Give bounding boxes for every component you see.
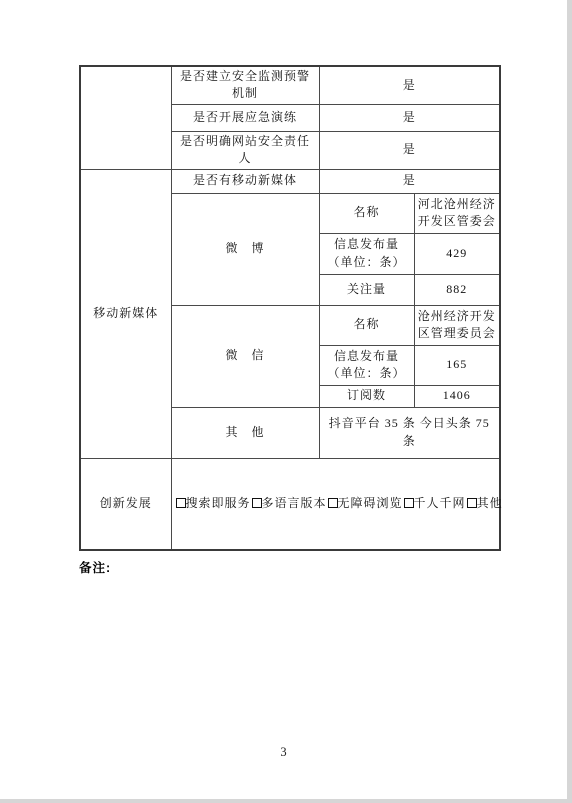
field-name-cell: 订阅数 [319, 385, 414, 407]
checkbox-option: 无障碍浏览 [327, 495, 403, 512]
field-name-line: 信息发布量 [323, 236, 411, 253]
question-line: 是否建立安全监测预警 [175, 68, 316, 85]
table-row: 是否建立安全监测预警 机制 是 [80, 66, 500, 104]
answer-cell: 是 [319, 131, 500, 169]
table-row: 移动新媒体 是否有移动新媒体 是 [80, 169, 500, 193]
checkbox-icon [467, 498, 477, 508]
other-label-cell: 其 他 [171, 407, 319, 458]
field-name-cell: 关注量 [319, 274, 414, 305]
field-value-cell: 1406 [414, 385, 500, 407]
checkbox-icon [404, 498, 414, 508]
field-name-cell: 名称 [319, 305, 414, 345]
value-line: 河北沧州经济 [418, 196, 497, 213]
page-edge-shadow-bottom [0, 799, 572, 803]
field-value-cell: 429 [414, 233, 500, 274]
checkbox-option: 搜索即服务 [175, 495, 251, 512]
question-cell: 是否明确网站安全责任人 [171, 131, 319, 169]
question-cell: 是否建立安全监测预警 机制 [171, 66, 319, 104]
field-name-cell: 信息发布量 （单位：条） [319, 345, 414, 385]
checkbox-option: 千人千网 [403, 495, 466, 512]
page-number: 3 [0, 745, 567, 760]
checkbox-icon [176, 498, 186, 508]
answer-cell: 是 [319, 169, 500, 193]
other-value-cell: 抖音平台 35 条 今日头条 75 条 [319, 407, 500, 458]
field-name-cell: 名称 [319, 193, 414, 233]
innovation-options-cell: 搜索即服务多语言版本无障碍浏览千人千网其他 [171, 458, 500, 550]
checkbox-option: 其他 [466, 495, 503, 512]
checkbox-label: 搜索即服务 [186, 496, 251, 510]
field-name-line: 信息发布量 [323, 348, 411, 365]
checkbox-option: 多语言版本 [251, 495, 327, 512]
checkbox-icon [252, 498, 262, 508]
value-line: 区管理委员会 [418, 325, 497, 342]
checkbox-label: 多语言版本 [262, 496, 327, 510]
checkbox-icon [328, 498, 338, 508]
annual-report-form-table: 是否建立安全监测预警 机制 是 是否开展应急演练 是 是否明确网站安全责任人 是… [79, 65, 501, 551]
field-name-cell: 信息发布量 （单位：条） [319, 233, 414, 274]
row-header-cell-mobile-media: 移动新媒体 [80, 169, 171, 458]
checkbox-label: 其他 [477, 496, 503, 510]
row-header-cell-innovation: 创新发展 [80, 458, 171, 550]
question-line: 机制 [175, 85, 316, 102]
question-cell: 是否有移动新媒体 [171, 169, 319, 193]
field-name-line: （单位：条） [323, 365, 411, 382]
page-edge-shadow-right [567, 0, 572, 803]
row-header-cell-empty [80, 66, 171, 169]
field-value-cell: 165 [414, 345, 500, 385]
document-page: 是否建立安全监测预警 机制 是 是否开展应急演练 是 是否明确网站安全责任人 是… [0, 0, 572, 803]
value-line: 沧州经济开发 [418, 308, 497, 325]
field-value-cell: 882 [414, 274, 500, 305]
checkbox-label: 无障碍浏览 [338, 496, 403, 510]
field-value-cell: 沧州经济开发 区管理委员会 [414, 305, 500, 345]
question-cell: 是否开展应急演练 [171, 104, 319, 131]
table-row: 创新发展 搜索即服务多语言版本无障碍浏览千人千网其他 [80, 458, 500, 550]
weixin-label-cell: 微 信 [171, 305, 319, 407]
value-line: 开发区管委会 [418, 213, 497, 230]
weibo-label-cell: 微 博 [171, 193, 319, 305]
field-name-line: （单位：条） [323, 254, 411, 271]
note-label: 备注: [79, 558, 111, 576]
field-value-cell: 河北沧州经济 开发区管委会 [414, 193, 500, 233]
checkbox-label: 千人千网 [414, 496, 466, 510]
answer-cell: 是 [319, 66, 500, 104]
answer-cell: 是 [319, 104, 500, 131]
